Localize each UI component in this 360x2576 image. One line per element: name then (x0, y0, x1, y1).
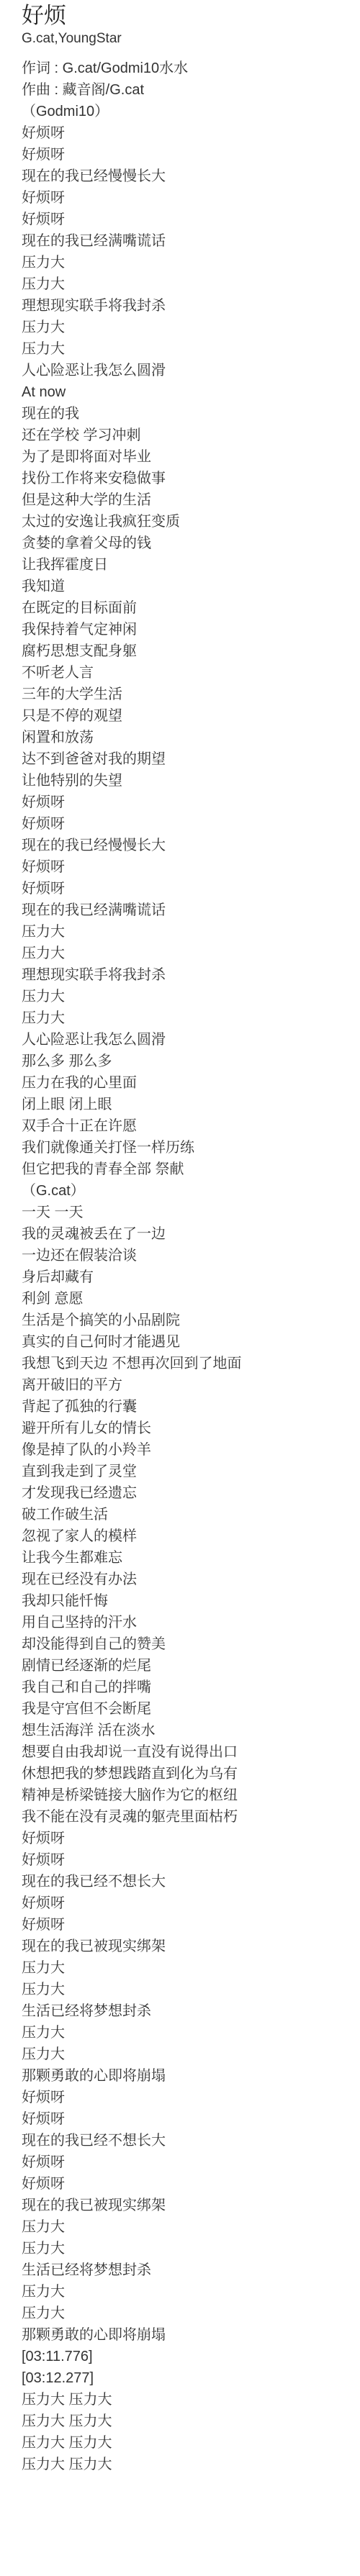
lyrics-body: 作词 : G.cat/Godmi10水水作曲 : 藏音阁/G.cat（Godmi… (22, 58, 353, 2475)
lyric-line: 身后却藏有 (22, 1266, 353, 1288)
lyric-line: 我的灵魂被丢在了一边 (22, 1223, 353, 1245)
lyric-line: 找份工作将来安稳做事 (22, 468, 353, 489)
lyric-line: 我却只能忏悔 (22, 1590, 353, 1612)
lyric-line: 现在的我已经满嘴谎话 (22, 899, 353, 921)
lyric-line: 太过的安逸让我疯狂变质 (22, 511, 353, 532)
lyric-line: 压力大 (22, 921, 353, 943)
lyric-line: 生活已经将梦想封杀 (22, 2000, 353, 2022)
lyric-line: 现在的我已经不想长大 (22, 1871, 353, 1892)
lyric-line: 只是不停的观望 (22, 705, 353, 727)
lyric-line: 我不能在没有灵魂的躯壳里面枯朽 (22, 1806, 353, 1828)
lyric-line: 我们就像通关打怪一样历练 (22, 1137, 353, 1158)
lyric-line: 想要自由我却说一直没有说得出口 (22, 1741, 353, 1763)
lyric-line: 想生活海洋 活在淡水 (22, 1720, 353, 1741)
lyric-line: 现在的我已被现实绑架 (22, 2195, 353, 2216)
lyric-line: 还在学校 学习冲刺 (22, 425, 353, 446)
lyric-line: 离开破旧的平方 (22, 1374, 353, 1396)
lyric-line: At now (22, 381, 353, 403)
lyric-line: 现在的我已经慢慢长大 (22, 165, 353, 187)
lyric-line: 压力大 压力大 (22, 2454, 353, 2475)
lyric-line: 人心险恶让我怎么圆滑 (22, 360, 353, 381)
lyric-line: 好烦呀 (22, 1892, 353, 1914)
lyric-line: 我自己和自己的拌嘴 (22, 1677, 353, 1698)
lyric-line: 我是守宫但不会断尾 (22, 1698, 353, 1720)
lyric-line: 那颗勇敢的心即将崩塌 (22, 2065, 353, 2087)
lyric-line: 破工作破生活 (22, 1504, 353, 1525)
lyric-line: 让我挥霍度日 (22, 554, 353, 576)
lyric-line: 压力大 (22, 317, 353, 338)
lyric-line: [03:11.776] (22, 2346, 353, 2367)
lyric-line: 压力大 (22, 338, 353, 360)
lyric-line: 现在的我已经慢慢长大 (22, 835, 353, 856)
lyric-line: 理想现实联手将我封杀 (22, 295, 353, 317)
lyric-line: （G.cat） (22, 1180, 353, 1202)
lyric-line: 压力大 (22, 2303, 353, 2324)
lyric-line: 好烦呀 (22, 2087, 353, 2108)
lyric-line: 理想现实联手将我封杀 (22, 964, 353, 986)
lyric-line: [03:12.277] (22, 2367, 353, 2389)
lyric-line: 压力大 (22, 2238, 353, 2259)
lyric-line: 但是这种大学的生活 (22, 489, 353, 511)
artist-names: G.cat,YoungStar (22, 31, 353, 47)
lyric-line: 一天 一天 (22, 1202, 353, 1223)
lyric-line: 腐朽思想支配身躯 (22, 640, 353, 662)
lyric-line: 好烦呀 (22, 878, 353, 899)
lyric-line: 才发现我已经遗忘 (22, 1482, 353, 1504)
credit-line: 作曲 : 藏音阁/G.cat (22, 79, 353, 101)
lyric-line: 双手合十正在许愿 (22, 1115, 353, 1137)
lyric-line: 真实的自己何时才能遇见 (22, 1331, 353, 1353)
lyric-line: 不听老人言 (22, 662, 353, 684)
lyric-line: 现在的我已经不想长大 (22, 2130, 353, 2151)
lyric-line: 一边还在假装洽谈 (22, 1245, 353, 1266)
lyric-line: 压力大 (22, 2022, 353, 2044)
lyric-line: 让他特别的失望 (22, 770, 353, 792)
lyric-line: 人心险恶让我怎么圆滑 (22, 1029, 353, 1051)
lyric-line: 压力大 (22, 1979, 353, 2000)
lyric-line: 现在的我已经满嘴谎话 (22, 230, 353, 252)
song-title: 好烦 (22, 0, 353, 29)
lyric-line: 好烦呀 (22, 792, 353, 813)
lyric-line: 压力大 (22, 273, 353, 295)
lyrics-page-body: { "header": { "title": "好烦", "artist": "… (0, 0, 360, 2576)
lyrics-page: 好烦 G.cat,YoungStar 作词 : G.cat/Godmi10水水作… (0, 0, 360, 2475)
lyric-line: 闭上眼 闭上眼 (22, 1094, 353, 1115)
lyric-line: 压力大 压力大 (22, 2432, 353, 2454)
lyric-line: 忽视了家人的模样 (22, 1525, 353, 1547)
lyric-line: 压力大 (22, 2216, 353, 2238)
credit-line: （Godmi10） (22, 101, 353, 122)
lyric-line: 那颗勇敢的心即将崩塌 (22, 2324, 353, 2346)
lyric-line: 精神是桥梁链接大脑作为它的枢纽 (22, 1784, 353, 1806)
lyric-line: 压力大 (22, 2281, 353, 2303)
lyric-line: 我保持着气定神闲 (22, 619, 353, 640)
lyric-line: 避开所有儿女的情长 (22, 1418, 353, 1439)
lyric-line: 好烦呀 (22, 2151, 353, 2173)
lyric-line: 现在的我 (22, 403, 353, 425)
lyric-line: 压力大 (22, 1957, 353, 1979)
lyric-line: 我知道 (22, 576, 353, 597)
lyric-line: 直到我走到了灵堂 (22, 1461, 353, 1482)
lyric-line: 利剑 意愿 (22, 1288, 353, 1310)
lyric-line: 却没能得到自己的赞美 (22, 1633, 353, 1655)
lyric-line: 闲置和放荡 (22, 727, 353, 748)
lyric-line: 压力大 (22, 252, 353, 273)
lyric-line: 压力在我的心里面 (22, 1072, 353, 1094)
lyric-line: 压力大 (22, 2044, 353, 2065)
lyric-line: 在既定的目标面前 (22, 597, 353, 619)
lyric-line: 好烦呀 (22, 2173, 353, 2195)
lyric-line: 我想飞到天边 不想再次回到了地面 (22, 1353, 353, 1374)
lyric-line: 像是掉了队的小羚羊 (22, 1439, 353, 1461)
lyric-line: 好烦呀 (22, 2108, 353, 2130)
lyric-line: 那么多 那么多 (22, 1051, 353, 1072)
lyric-line: 好烦呀 (22, 209, 353, 230)
lyric-line: 好烦呀 (22, 1914, 353, 1936)
lyric-line: 现在已经没有办法 (22, 1569, 353, 1590)
lyric-line: 好烦呀 (22, 813, 353, 835)
lyric-line: 压力大 压力大 (22, 2411, 353, 2432)
lyric-line: 贪婪的拿着父母的钱 (22, 532, 353, 554)
lyric-line: 好烦呀 (22, 1828, 353, 1849)
lyric-line: 压力大 (22, 943, 353, 964)
lyric-line: 达不到爸爸对我的期望 (22, 748, 353, 770)
lyric-line: 好烦呀 (22, 122, 353, 144)
credit-line: 作词 : G.cat/Godmi10水水 (22, 58, 353, 79)
lyric-line: 压力大 (22, 1007, 353, 1029)
lyric-line: 好烦呀 (22, 144, 353, 165)
lyric-line: 生活是个搞笑的小品剧院 (22, 1310, 353, 1331)
lyric-line: 压力大 (22, 986, 353, 1007)
lyric-line: 现在的我已被现实绑架 (22, 1936, 353, 1957)
lyric-line: 休想把我的梦想践踏直到化为乌有 (22, 1763, 353, 1784)
lyric-line: 剧情已经逐渐的烂尾 (22, 1655, 353, 1677)
lyric-line: 压力大 压力大 (22, 2389, 353, 2411)
lyric-line: 好烦呀 (22, 1849, 353, 1871)
lyric-line: 让我今生都难忘 (22, 1547, 353, 1569)
lyric-line: 为了是即将面对毕业 (22, 446, 353, 468)
lyric-line: 好烦呀 (22, 187, 353, 209)
lyric-line: 好烦呀 (22, 856, 353, 878)
lyric-line: 背起了孤独的行囊 (22, 1396, 353, 1418)
lyric-line: 但它把我的青春全部 祭献 (22, 1158, 353, 1180)
lyric-line: 三年的大学生活 (22, 684, 353, 705)
lyric-line: 用自己坚持的汗水 (22, 1612, 353, 1633)
lyric-line: 生活已经将梦想封杀 (22, 2259, 353, 2281)
